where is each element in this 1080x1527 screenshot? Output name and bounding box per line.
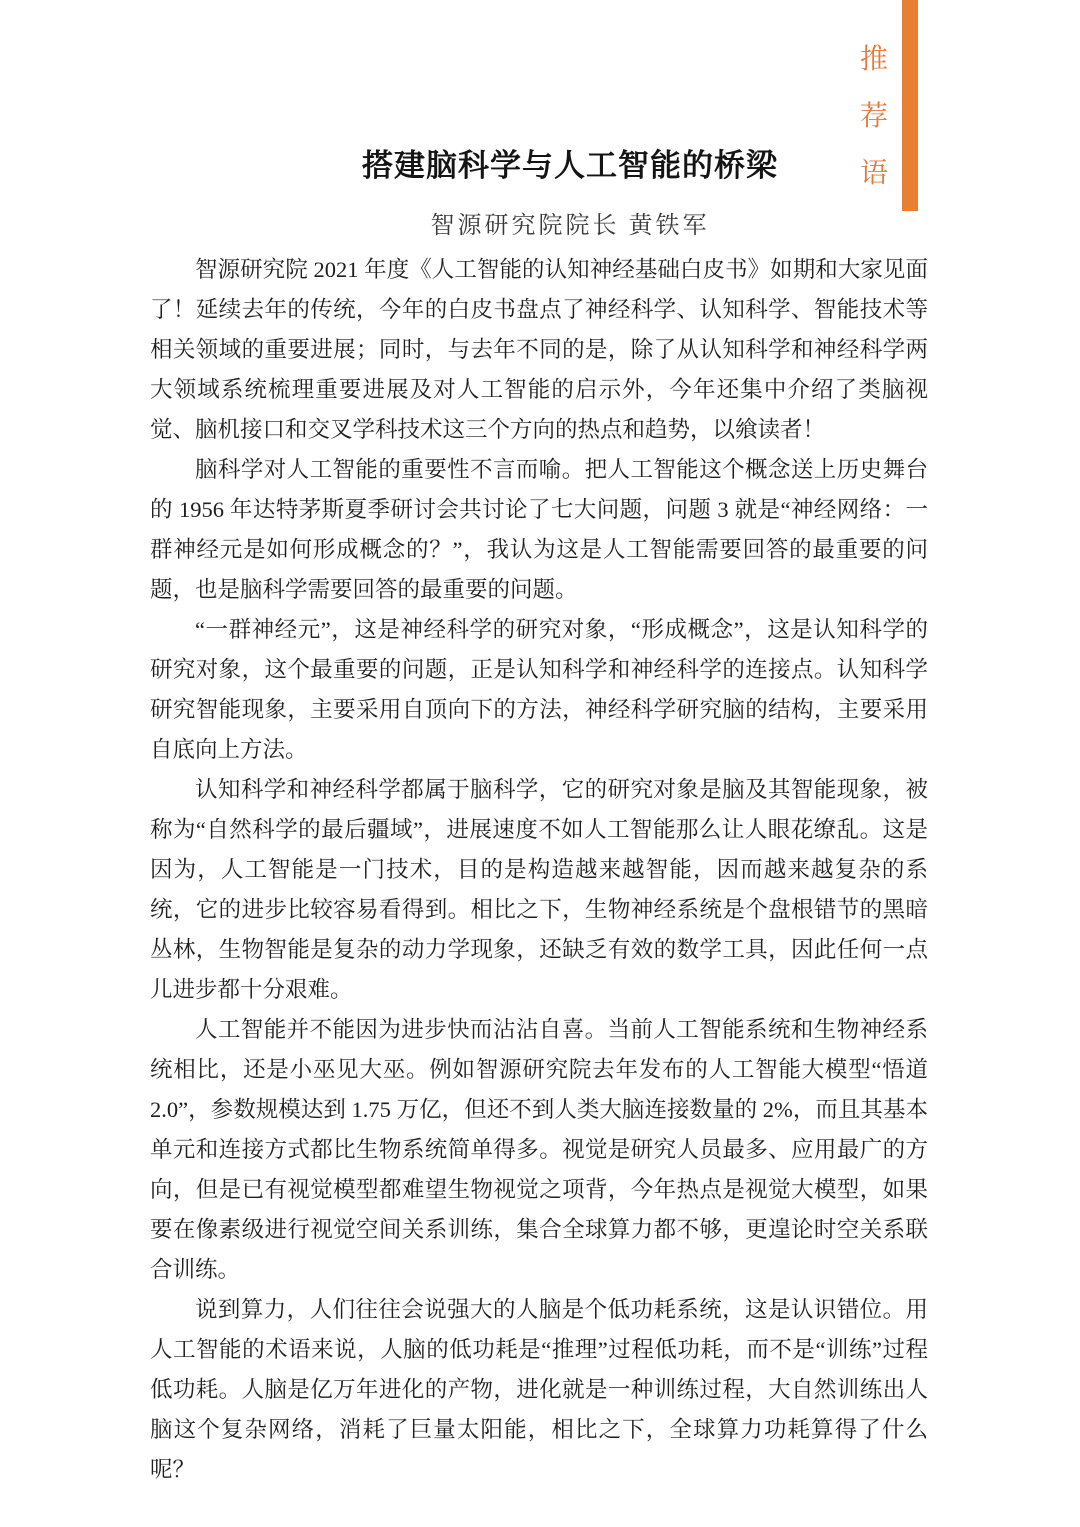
- article-title: 搭建脑科学与人工智能的桥梁: [210, 140, 930, 185]
- paragraph: 认知科学和神经科学都属于脑科学，它的研究对象是脑及其智能现象，被称为“自然科学的…: [150, 770, 928, 1010]
- article-header: 搭建脑科学与人工智能的桥梁 智源研究院院长 黄铁军: [210, 140, 930, 240]
- side-tab-char: 推: [854, 34, 894, 91]
- paragraph: 智源研究院 2021 年度《人工智能的认知神经基础白皮书》如期和大家见面了！延续…: [150, 250, 928, 450]
- document-page: 推 荐 语 搭建脑科学与人工智能的桥梁 智源研究院院长 黄铁军 智源研究院 20…: [0, 0, 1080, 1527]
- paragraph: 脑科学对人工智能的重要性不言而喻。把人工智能这个概念送上历史舞台的 1956 年…: [150, 450, 928, 610]
- paragraph: 人工智能并不能因为进步快而沾沾自喜。当前人工智能系统和生物神经系统相比，还是小巫…: [150, 1010, 928, 1290]
- article-body: 智源研究院 2021 年度《人工智能的认知神经基础白皮书》如期和大家见面了！延续…: [150, 250, 928, 1490]
- paragraph: 说到算力，人们往往会说强大的人脑是个低功耗系统，这是认识错位。用人工智能的术语来…: [150, 1290, 928, 1490]
- article-byline: 智源研究院院长 黄铁军: [210, 205, 930, 240]
- paragraph: “一群神经元”，这是神经科学的研究对象，“形成概念”，这是认知科学的研究对象，这…: [150, 610, 928, 770]
